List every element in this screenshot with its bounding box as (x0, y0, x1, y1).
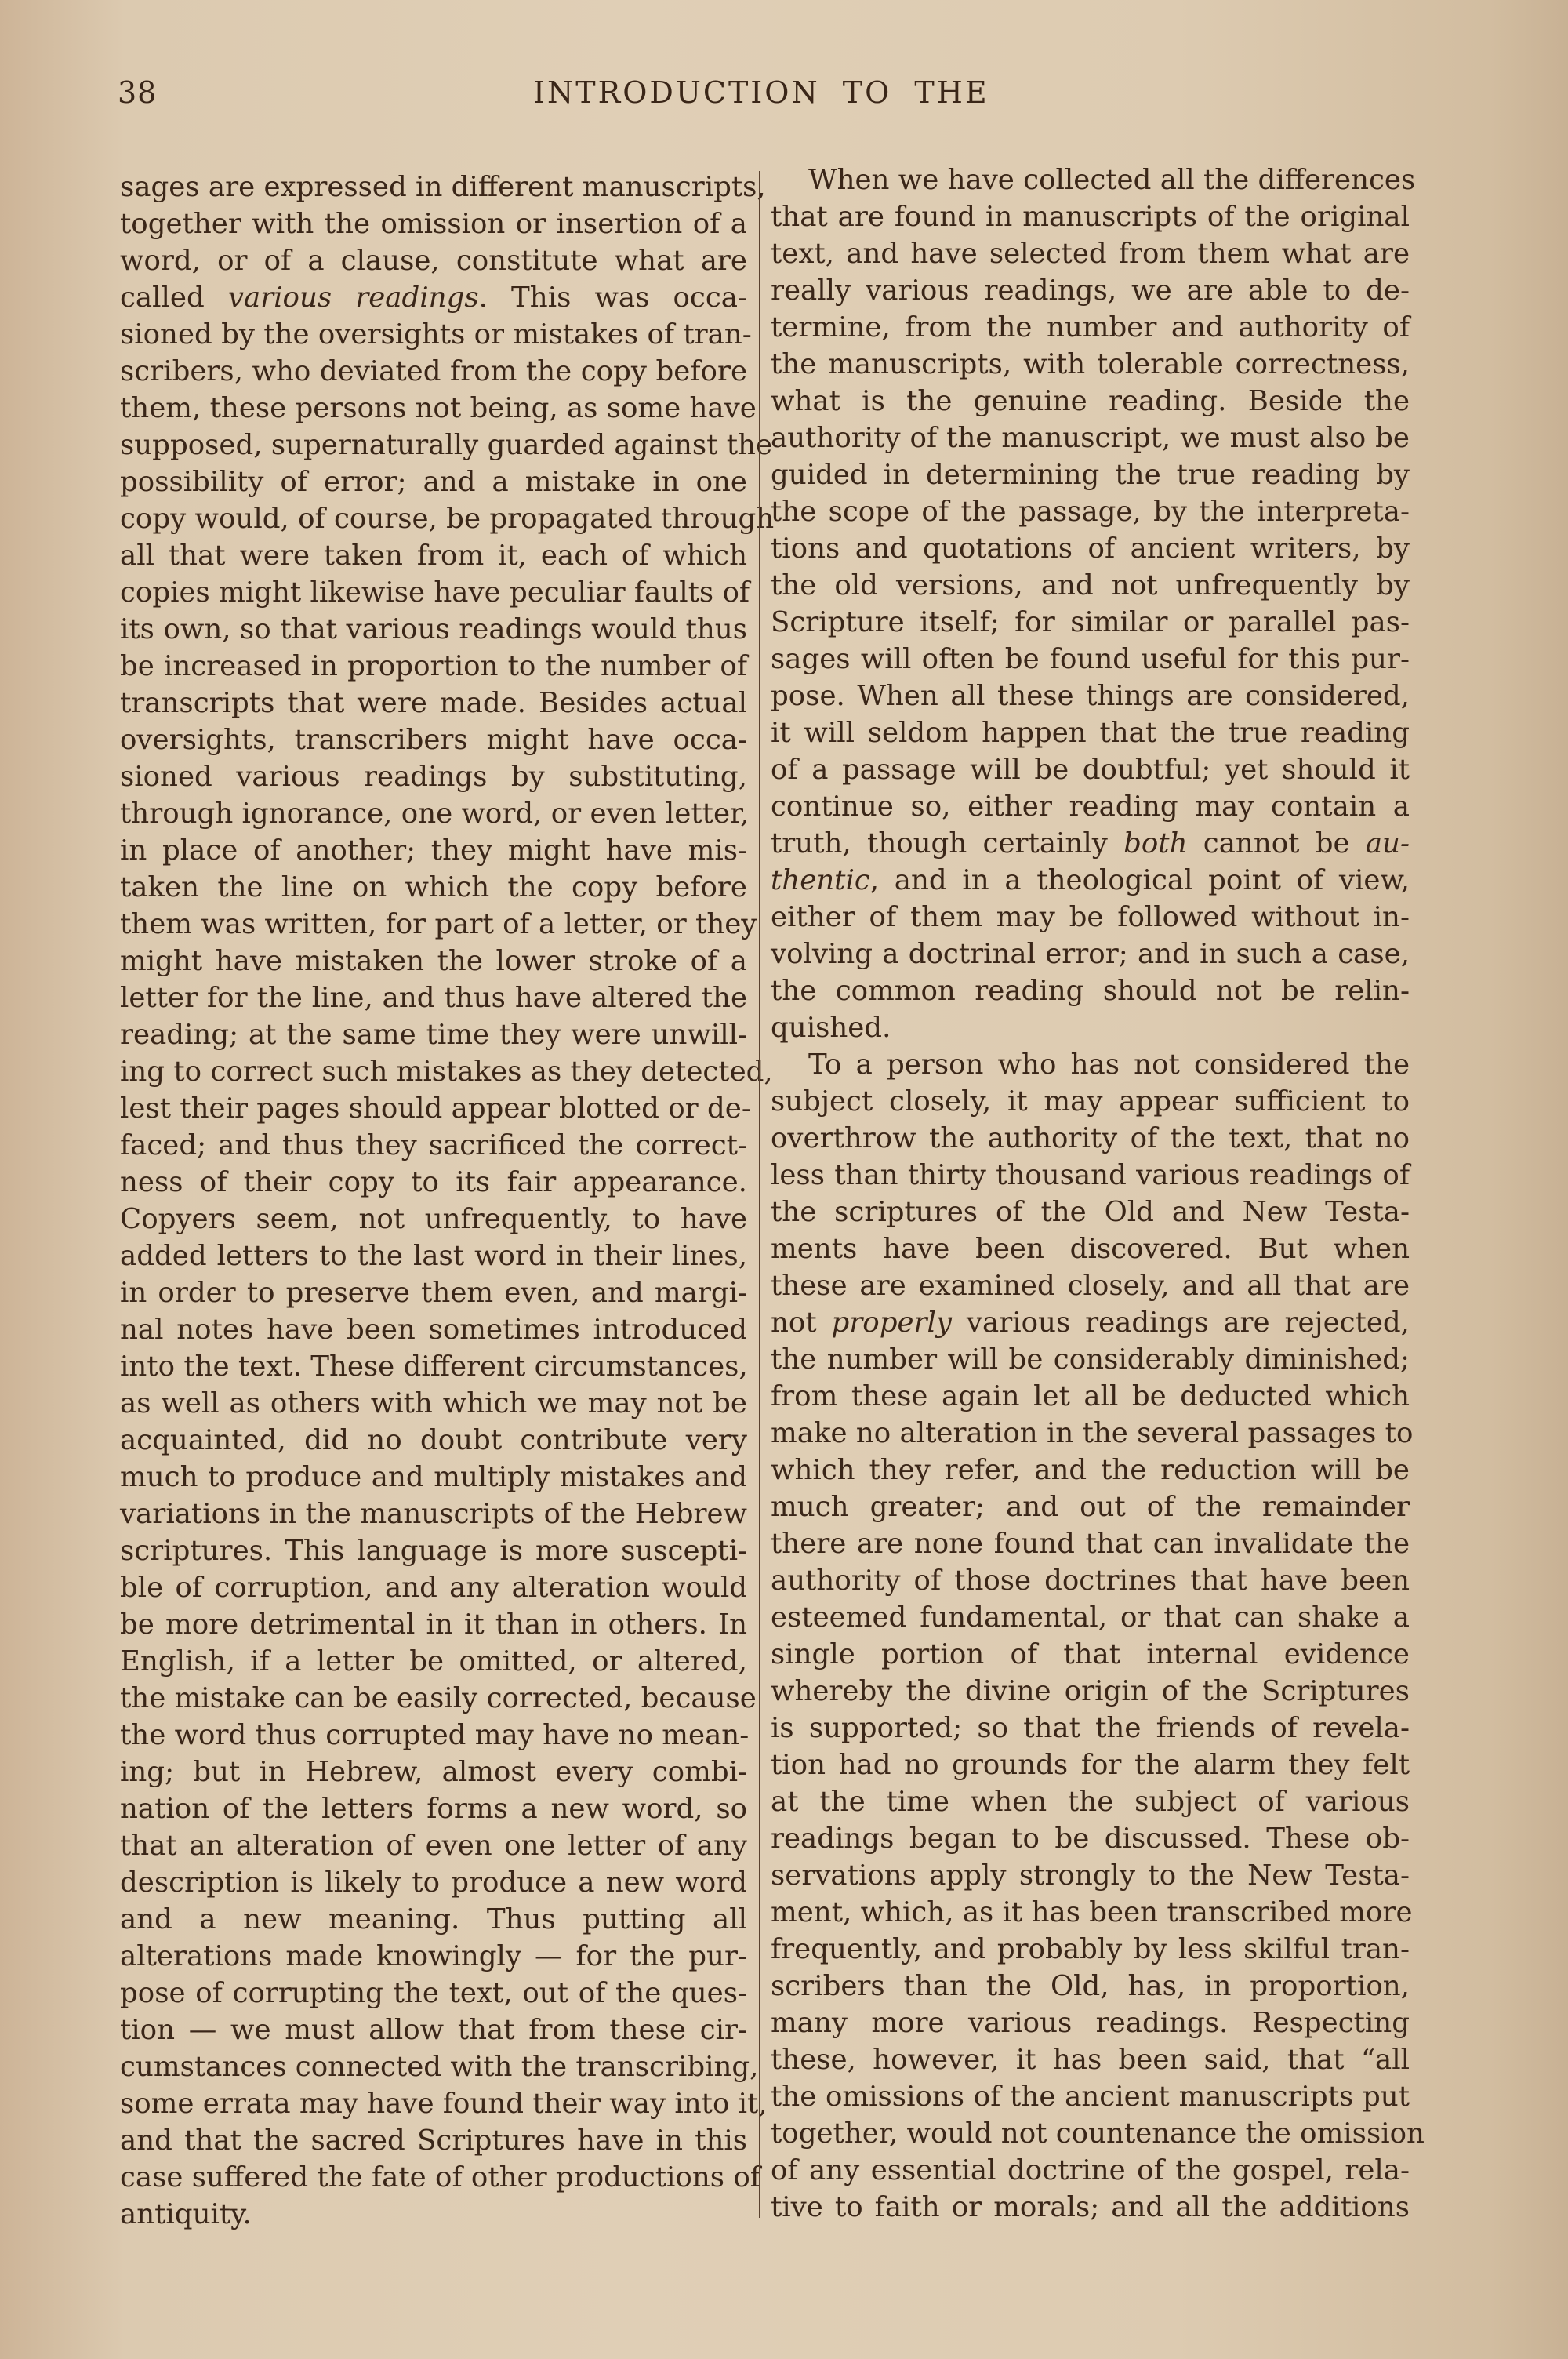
italic-emphasis: both (1123, 827, 1187, 860)
page-header: 38 INTRODUCTION TO THE (118, 75, 1450, 122)
right-text-line: less than thirty thousand various readin… (771, 1157, 1410, 1194)
left-text-line: added letters to the last word in their … (120, 1238, 747, 1274)
left-text-line: case suffered the fate of other producti… (120, 2159, 747, 2196)
left-text-line: sages are expressed in different manuscr… (120, 169, 747, 205)
left-text-line: Copyers seem, not unfrequently, to have (120, 1201, 747, 1238)
left-text-line: its own, so that various readings would … (120, 611, 747, 648)
left-text-line: taken the line on which the copy before (120, 869, 747, 906)
left-text-line: in place of another; they might have mis… (120, 832, 747, 869)
left-text-line: supposed, supernaturally guarded against… (120, 427, 747, 463)
right-text-line: not properly various readings are reject… (771, 1304, 1410, 1341)
page-number: 38 (118, 75, 157, 110)
left-text-line: letter for the line, and thus have alter… (120, 980, 747, 1016)
left-text-line: called various readings. This was occa- (120, 279, 747, 316)
right-text-line: termine, from the number and authority o… (771, 309, 1410, 346)
right-text-line: esteemed fundamental, or that can shake … (771, 1599, 1410, 1636)
right-text-line: these, however, it has been said, that “… (771, 2041, 1410, 2078)
left-text-line: that an alteration of even one letter of… (120, 1827, 747, 1864)
right-text-line: readings began to be discussed. These ob… (771, 1820, 1410, 1857)
right-text-line: sages will often be found useful for thi… (771, 641, 1410, 678)
right-text-line: these are examined closely, and all that… (771, 1267, 1410, 1304)
right-text-line: the number will be considerably diminish… (771, 1341, 1410, 1378)
left-text-line: through ignorance, one word, or even let… (120, 795, 747, 832)
left-text-line: together with the omission or insertion … (120, 205, 747, 242)
right-text-line: make no alteration in the several passag… (771, 1415, 1410, 1452)
right-text-line: frequently, and probably by less skilful… (771, 1931, 1410, 1968)
left-text-line: much to produce and multiply mistakes an… (120, 1459, 747, 1496)
left-text-line: antiquity. (120, 2196, 747, 2233)
left-text-line: alterations made knowingly — for the pur… (120, 1938, 747, 1975)
left-text-line: all that were taken from it, each of whi… (120, 537, 747, 574)
right-text-line: of any essential doctrine of the gospel,… (771, 2152, 1410, 2189)
left-text-line: some errata may have found their way int… (120, 2085, 747, 2122)
right-text-line: the old versions, and not unfrequently b… (771, 567, 1410, 604)
right-text-line: When we have collected all the differenc… (771, 162, 1410, 198)
left-text-line: scriptures. This language is more suscep… (120, 1532, 747, 1569)
left-text-line: be increased in proportion to the number… (120, 648, 747, 685)
left-text-line: might have mistaken the lower stroke of … (120, 943, 747, 980)
left-text-line: cumstances connected with the transcribi… (120, 2048, 747, 2085)
right-text-line: single portion of that internal evidence (771, 1636, 1410, 1673)
left-text-column: sages are expressed in different manuscr… (120, 169, 747, 2233)
left-text-line: pose of corrupting the text, out of the … (120, 1975, 747, 2012)
italic-emphasis: properly (832, 1307, 953, 1339)
left-text-line: nation of the letters forms a new word, … (120, 1790, 747, 1827)
right-text-line: whereby the divine origin of the Scriptu… (771, 1673, 1410, 1710)
left-text-line: English, if a letter be omitted, or alte… (120, 1643, 747, 1680)
right-text-line: guided in determining the true reading b… (771, 456, 1410, 493)
left-text-line: ing; but in Hebrew, almost every combi- (120, 1754, 747, 1790)
left-text-line: ble of corruption, and any alteration wo… (120, 1569, 747, 1606)
right-text-line: many more various readings. Respecting (771, 2005, 1410, 2041)
right-text-line: at the time when the subject of various (771, 1783, 1410, 1820)
left-text-line: as well as others with which we may not … (120, 1385, 747, 1422)
left-text-line: transcripts that were made. Besides actu… (120, 685, 747, 722)
left-text-line: sioned by the oversights or mistakes of … (120, 316, 747, 353)
left-text-line: variations in the manuscripts of the Heb… (120, 1496, 747, 1532)
left-text-line: oversights, transcribers might have occa… (120, 722, 747, 758)
left-text-line: scribers, who deviated from the copy bef… (120, 353, 747, 390)
right-text-line: the manuscripts, with tolerable correctn… (771, 346, 1410, 383)
right-text-line: what is the genuine reading. Beside the (771, 383, 1410, 420)
right-text-line: the omissions of the ancient manuscripts… (771, 2078, 1410, 2115)
left-text-line: word, or of a clause, constitute what ar… (120, 242, 747, 279)
left-text-line: tion — we must allow that from these cir… (120, 2012, 747, 2048)
left-text-line: description is likely to produce a new w… (120, 1864, 747, 1901)
right-text-line: continue so, either reading may contain … (771, 788, 1410, 825)
right-text-line: thentic, and in a theological point of v… (771, 862, 1410, 899)
right-text-line: the common reading should not be relin- (771, 972, 1410, 1009)
italic-emphasis: thentic (771, 864, 870, 896)
italic-emphasis: au- (1366, 827, 1410, 860)
left-text-line: them, these persons not being, as some h… (120, 390, 747, 427)
right-text-line: the scope of the passage, by the interpr… (771, 493, 1410, 530)
left-text-line: the mistake can be easily corrected, bec… (120, 1680, 747, 1717)
left-text-line: copies might likewise have peculiar faul… (120, 574, 747, 611)
left-text-line: them was written, for part of a letter, … (120, 906, 747, 943)
left-text-line: sioned various readings by substituting, (120, 758, 747, 795)
right-text-line: tions and quotations of ancient writers,… (771, 530, 1410, 567)
right-text-line: from these again let all be deducted whi… (771, 1378, 1410, 1415)
left-text-line: in order to preserve them even, and marg… (120, 1274, 747, 1311)
right-text-line: together, would not countenance the omis… (771, 2115, 1410, 2152)
running-title: INTRODUCTION TO THE (533, 75, 989, 110)
right-text-line: text, and have selected from them what a… (771, 235, 1410, 272)
left-text-line: and a new meaning. Thus putting all (120, 1901, 747, 1938)
right-text-column: When we have collected all the differenc… (771, 162, 1410, 2226)
right-text-line: pose. When all these things are consider… (771, 678, 1410, 714)
right-text-line: Scripture itself; for similar or paralle… (771, 604, 1410, 641)
right-text-line: there are none found that can invalidate… (771, 1525, 1410, 1562)
right-text-line: that are found in manuscripts of the ori… (771, 198, 1410, 235)
left-text-line: acquainted, did no doubt contribute very (120, 1422, 747, 1459)
right-text-line: ments have been discovered. But when (771, 1230, 1410, 1267)
left-text-line: and that the sacred Scriptures have in t… (120, 2122, 747, 2159)
left-text-line: ing to correct such mistakes as they det… (120, 1053, 747, 1090)
right-text-line: ment, which, as it has been transcribed … (771, 1894, 1410, 1931)
left-text-line: be more detrimental in it than in others… (120, 1606, 747, 1643)
left-text-line: reading; at the same time they were unwi… (120, 1016, 747, 1053)
right-text-line: scribers than the Old, has, in proportio… (771, 1968, 1410, 2005)
left-text-line: faced; and thus they sacrificed the corr… (120, 1127, 747, 1164)
right-text-line: it will seldom happen that the true read… (771, 714, 1410, 751)
right-text-line: overthrow the authority of the text, tha… (771, 1120, 1410, 1157)
right-text-line: much greater; and out of the remainder (771, 1488, 1410, 1525)
italic-emphasis: various readings (228, 282, 479, 314)
right-text-line: is supported; so that the friends of rev… (771, 1710, 1410, 1747)
left-text-line: copy would, of course, be propagated thr… (120, 500, 747, 537)
left-text-line: lest their pages should appear blotted o… (120, 1090, 747, 1127)
right-text-line: truth, though certainly both cannot be a… (771, 825, 1410, 862)
right-text-line: tion had no grounds for the alarm they f… (771, 1747, 1410, 1783)
right-text-line: To a person who has not considered the (771, 1046, 1410, 1083)
right-text-line: servations apply strongly to the New Tes… (771, 1857, 1410, 1894)
left-text-line: the word thus corrupted may have no mean… (120, 1717, 747, 1754)
left-text-line: nal notes have been sometimes introduced (120, 1311, 747, 1348)
right-text-line: really various readings, we are able to … (771, 272, 1410, 309)
right-text-line: tive to faith or morals; and all the add… (771, 2189, 1410, 2226)
right-text-line: of a passage will be doubtful; yet shoul… (771, 751, 1410, 788)
right-text-line: volving a doctrinal error; and in such a… (771, 936, 1410, 972)
right-text-line: either of them may be followed without i… (771, 899, 1410, 936)
right-text-line: authority of the manuscript, we must als… (771, 420, 1410, 456)
left-text-line: possibility of error; and a mistake in o… (120, 463, 747, 500)
right-text-line: quished. (771, 1009, 1410, 1046)
right-text-line: which they refer, and the reduction will… (771, 1452, 1410, 1488)
column-divider-rule (759, 171, 760, 2218)
left-text-line: ness of their copy to its fair appearanc… (120, 1164, 747, 1201)
right-text-line: authority of those doctrines that have b… (771, 1562, 1410, 1599)
right-text-line: subject closely, it may appear sufficien… (771, 1083, 1410, 1120)
left-text-line: into the text. These different circumsta… (120, 1348, 747, 1385)
right-text-line: the scriptures of the Old and New Testa- (771, 1194, 1410, 1230)
